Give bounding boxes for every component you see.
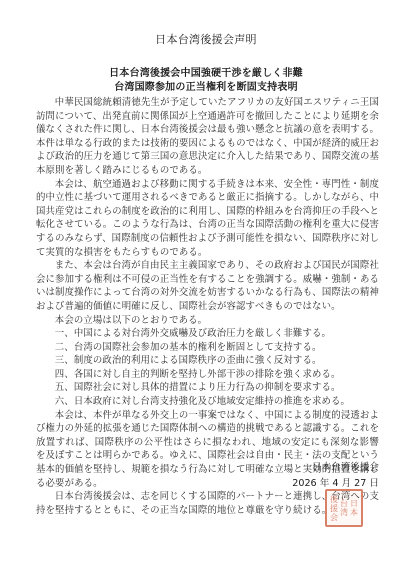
position-item-1: 一、中国による対台湾外交威嚇及び政治圧力を厳しく非難する。 [36,327,379,341]
position-item-6: 六、日本政府に対し台湾支持強化及び地域安定維持の推進を求める。 [36,395,379,409]
paragraph-position-intro: 本会の立場は以下のとおりである。 [36,314,379,328]
paragraph-aviation: 本会は、航空通過および移動に関する手続きは本来、安全性・専門性・制度的中立性に基… [36,178,379,260]
seal-column-2: 台湾 [339,493,349,523]
position-item-5: 五、国際社会に対し具体的措置により圧力行為の抑制を要求する。 [36,381,379,395]
subtitle-line-1: 日本台湾後援会中国強硬干渉を厳しく非難 [0,64,412,79]
subtitle-line-2: 台湾国際参加の正当権利を断固支持表明 [0,78,412,93]
paragraph-background: 中華民国総統頼清徳先生が予定していたアフリカの友好国エスワティニ王国訪問について… [36,96,379,178]
seal-column-1: 日本 [349,493,359,523]
statement-title: 日本台湾後援会声明 [0,31,412,47]
signature-organization: 日本台湾後援会 [292,460,379,476]
position-item-3: 三、制度の政治的利用による国際秩序の歪曲に強く反対する。 [36,354,379,368]
signature-block: 日本台湾後援会 2026 年 4 月 27 日 [292,460,379,492]
statement-body: 中華民国総統頼清徳先生が予定していたアフリカの友好国エスワティニ王国訪問について… [36,96,379,517]
organization-seal: 日本 台湾 後援会 [325,489,363,527]
position-item-2: 二、台湾の国際社会参加の基本的権利を断固として支持する。 [36,341,379,355]
position-item-4: 四、各国に対し自主的判断を堅持し外部干渉の排除を強く求める。 [36,368,379,382]
seal-column-3: 後援会 [329,493,339,523]
statement-page: 日本台湾後援会声明 日本台湾後援会中国強硬干渉を厳しく非難 台湾国際参加の正当権… [0,0,412,568]
paragraph-rights: また、本会は台湾が自由民主主義国家であり、その政府および国民が国際社会に参加する… [36,259,379,313]
